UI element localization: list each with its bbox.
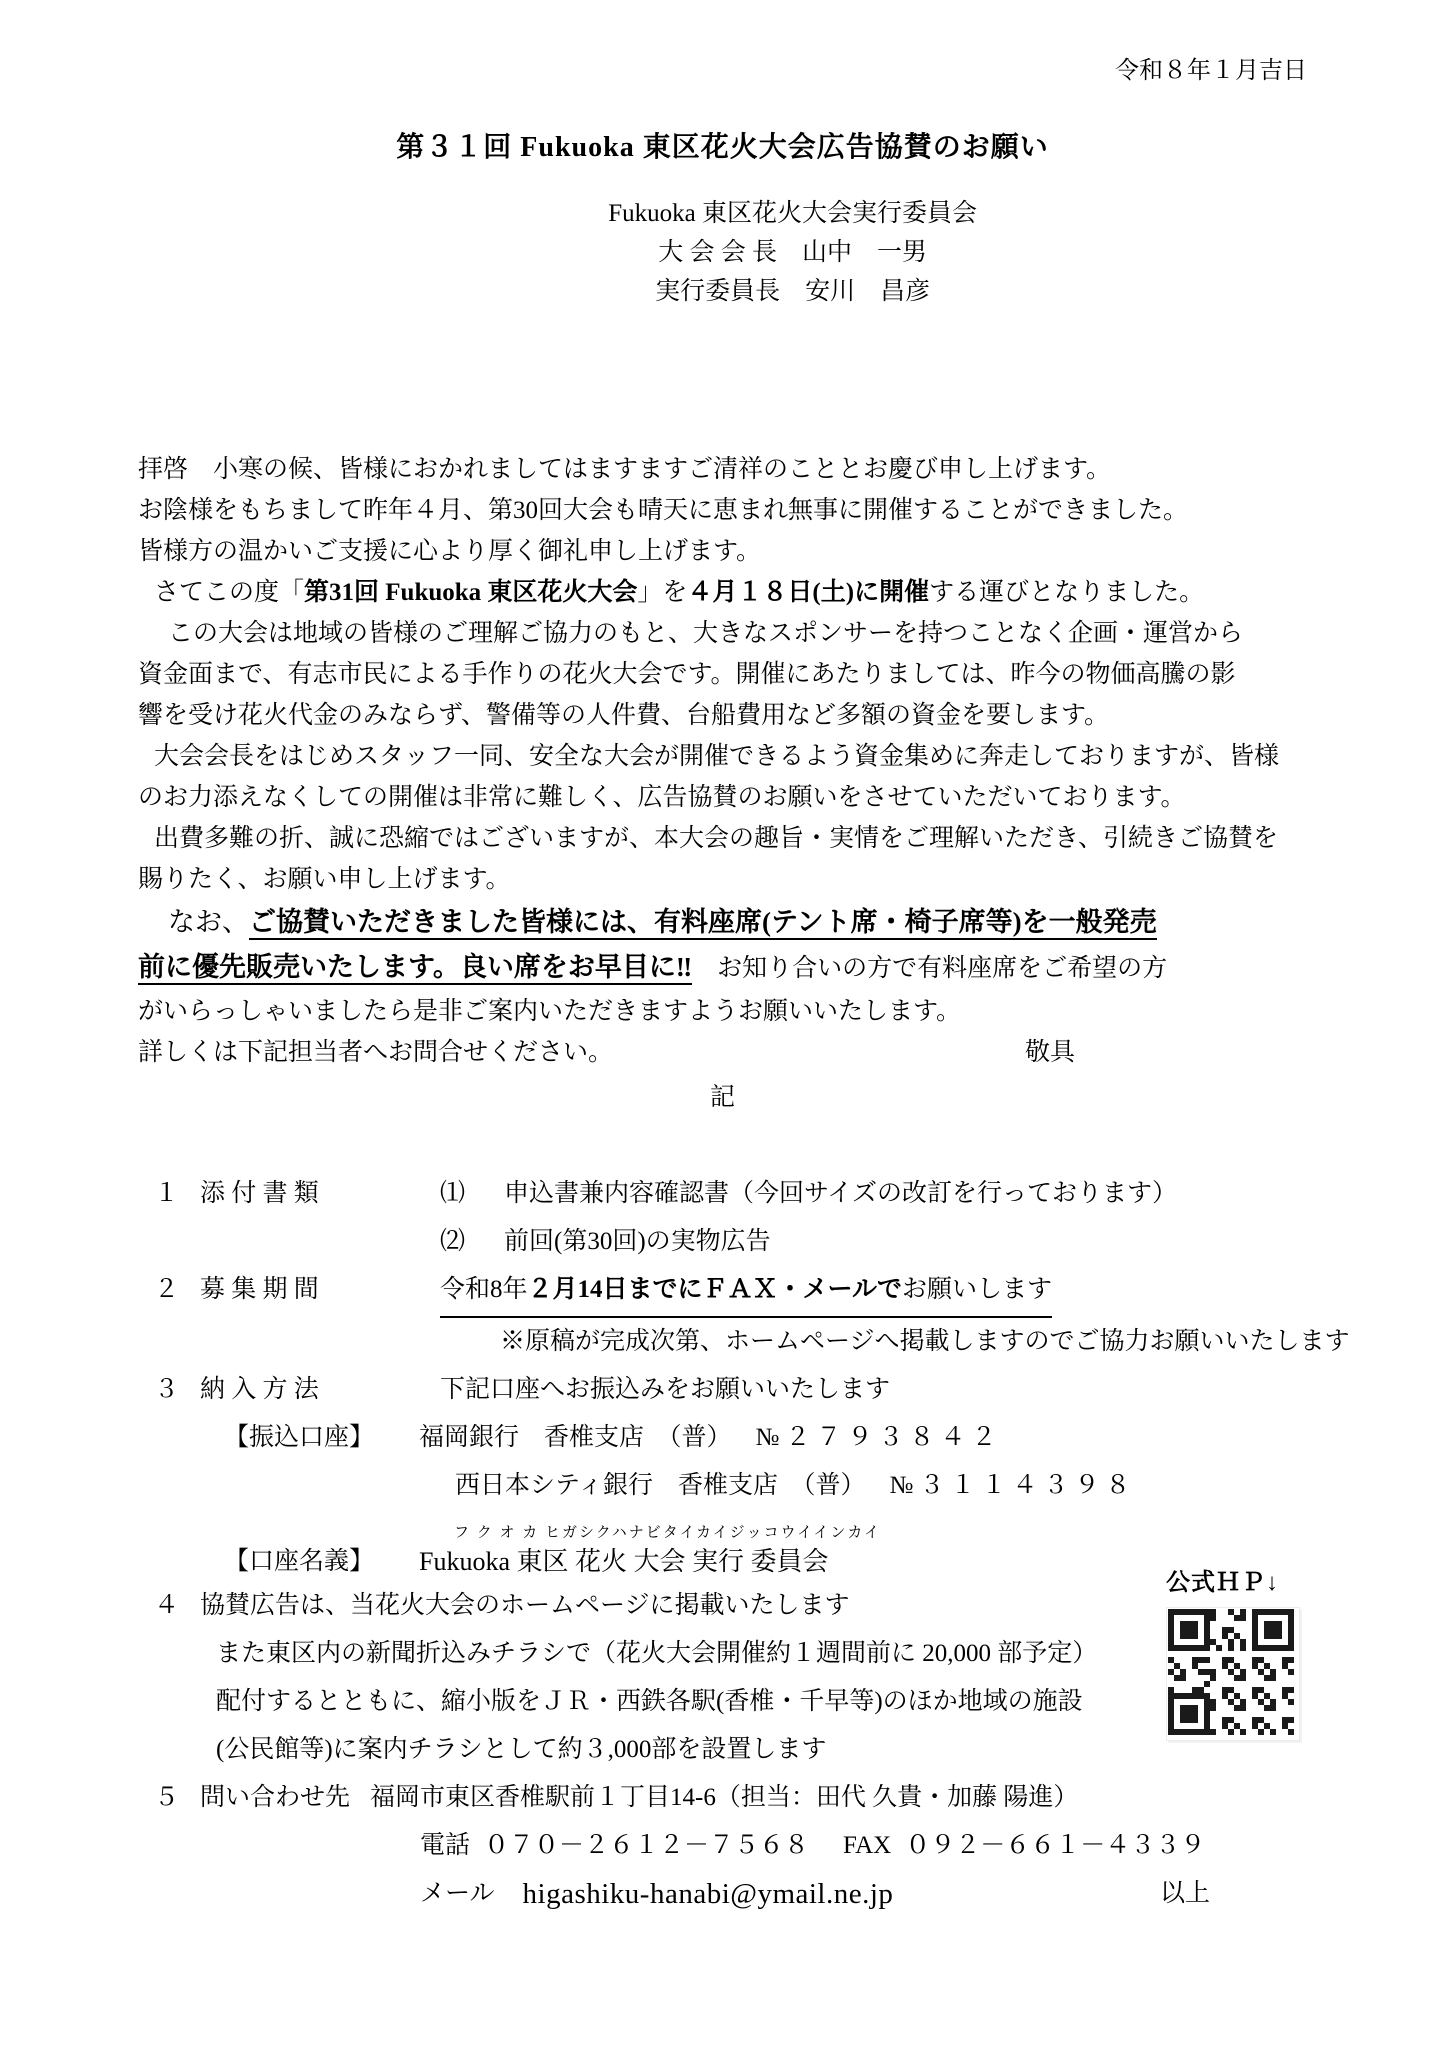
priority-seat-emphasis: 前に優先販売いたします。良い席をお早目に‼ <box>138 952 692 985</box>
publicity-line: 協賛広告は、当花火大会のホームページに掲載いたします <box>200 1582 850 1630</box>
official-hp-block: 公式ＨＰ↓ <box>1166 1562 1312 1741</box>
account-holder-row: 【口座名義】 Fukuoka 東区 花火 大会 実行 委員会 <box>154 1542 1307 1582</box>
body-line: なお、ご協賛いただきました皆様には、有料座席(テント席・椅子席等)を一般発売 <box>138 900 1307 945</box>
email-address: higashiku-hanabi@ymail.ne.jp <box>495 1870 894 1918</box>
item-number: ４ <box>154 1582 200 1630</box>
item-number: １ <box>154 1170 200 1218</box>
bank-2-name: 西日本シティ銀行 香椎支店 （普） <box>455 1462 876 1510</box>
item-label: 添 付 書 類 <box>200 1170 440 1218</box>
record-mark: 記 <box>138 1077 1307 1118</box>
item-label: 募 集 期 間 <box>200 1266 440 1318</box>
details-list: １ 添 付 書 類 ⑴ 申込書兼内容確認書（今回サイズの改訂を行っております） … <box>138 1170 1307 1918</box>
account-holder-name: Fukuoka 東区 花火 大会 実行 委員会 <box>419 1542 829 1582</box>
sender-organization: Fukuoka 東区花火大会実行委員会 <box>608 194 977 233</box>
publicity-line: また東区内の新聞折込みチラシで（花火大会開催約１週間前に 20,000 部予定） <box>154 1630 1307 1678</box>
sub-number: ⑴ <box>440 1170 504 1218</box>
phone-number: ０７０－２６１２－７５６８ <box>470 1822 809 1870</box>
closing-keigu: 敬具 <box>1025 1032 1075 1073</box>
page-title: 第３１回 Fukuoka 東区花火大会広告協賛のお願い <box>138 126 1307 170</box>
body-line: 詳しくは下記担当者へお問合せください。敬具 <box>138 1032 1307 1073</box>
body-text: お知り合いの方で有料座席をご希望の方 <box>692 955 1167 982</box>
deadline-note: ※原稿が完成次第、ホームページへ掲載しますのでご協力お願いいたします <box>154 1318 1307 1366</box>
email-label: メール <box>420 1870 495 1918</box>
sub-number: ⑵ <box>440 1218 504 1266</box>
list-item-deadline: ２ 募 集 期 間 令和8年２月14日までにＦＡＸ・メールでお願いします <box>154 1266 1307 1318</box>
fax-label: FAX <box>809 1822 891 1870</box>
body-line: さてこの度「第31回 Fukuoka 東区花火大会」を４月１８日(土)に開催する… <box>138 572 1307 613</box>
body-text: する運びとなりました。 <box>929 579 1204 606</box>
qr-code-image <box>1168 1609 1294 1735</box>
body-text: 」を <box>637 579 687 606</box>
sender-block: Fukuoka 東区花火大会実行委員会 大 会 会 長 山中 一男 実行委員長 … <box>608 194 977 311</box>
event-date-bold: ４月１８日(土)に開催 <box>687 579 929 606</box>
item-label: 納 入 方 法 <box>200 1366 440 1414</box>
list-item-contact: ５ 問い合わせ先 福岡市東区香椎駅前１丁目14-6（担当：田代 久貴・加藤 陽進… <box>154 1774 1307 1822</box>
body-line: 資金面まで、有志市民による手作りの花火大会です。開催にあたりましては、昨今の物価… <box>138 654 1307 695</box>
bank-account-label: 【振込口座】 <box>224 1414 419 1462</box>
body-line: 大会会長をはじめスタッフ一同、安全な大会が開催できるよう資金集めに奔走しておりま… <box>138 736 1307 777</box>
body-line: お陰様をもちまして昨年４月、第30回大会も晴天に恵まれ無事に開催することができま… <box>138 490 1307 531</box>
item-number: ３ <box>154 1366 200 1414</box>
item-number: ５ <box>154 1774 200 1822</box>
item-number: ２ <box>154 1266 200 1318</box>
account-holder-label: 【口座名義】 <box>224 1542 419 1582</box>
fax-number: ０９２－６６１－４３３９ <box>891 1822 1205 1870</box>
sender-chairman: 大 会 会 長 山中 一男 <box>608 233 977 272</box>
document-page: 令和８年１月吉日 第３１回 Fukuoka 東区花火大会広告協賛のお願い Fuk… <box>0 0 1447 2048</box>
body-line: 前に優先販売いたします。良い席をお早目に‼ お知り合いの方で有料座席をご希望の方 <box>138 945 1307 991</box>
deadline-bold: ２月14日までにＦＡＸ・メールで <box>528 1276 903 1303</box>
body-line: がいらっしゃいましたら是非ご案内いただきますようお願いいたします。 <box>138 991 1307 1032</box>
deadline-underline: 令和8年２月14日までにＦＡＸ・メールでお願いします <box>440 1266 1052 1318</box>
account-furigana: フ ク オ カ ヒガシクハナビタイカイジッコウイインカイ <box>154 1524 1307 1542</box>
attachment-2: 前回(第30回)の実物広告 <box>504 1218 771 1266</box>
official-hp-label: 公式ＨＰ↓ <box>1166 1562 1312 1597</box>
sender-vice-chairman: 実行委員長 安川 昌彦 <box>608 272 977 311</box>
payment-text: 下記口座へお振込みをお願いいたします <box>440 1366 890 1414</box>
attachment-1: 申込書兼内容確認書（今回サイズの改訂を行っております） <box>504 1170 1177 1218</box>
bank-2-number: №３１１４３９８ <box>876 1462 1137 1510</box>
publicity-line: (公民館等)に案内チラシとして約３,000部を設置します <box>154 1726 1307 1774</box>
body-line: 出費多難の折、誠に恐縮ではございますが、本大会の趣旨・実情をご理解いただき、引続… <box>138 818 1307 859</box>
body-text: さてこの度「 <box>154 579 304 606</box>
list-item-attachments-cont: ⑵ 前回(第30回)の実物広告 <box>154 1218 1307 1266</box>
qr-code <box>1166 1607 1300 1741</box>
phone-label: 電話 <box>420 1822 470 1870</box>
list-item-attachments: １ 添 付 書 類 ⑴ 申込書兼内容確認書（今回サイズの改訂を行っております） <box>154 1170 1307 1218</box>
body-line: この大会は地域の皆様のご理解ご協力のもと、大きなスポンサーを持つことなく企画・運… <box>138 613 1307 654</box>
body-line: 賜りたく、お願い申し上げます。 <box>138 859 1307 900</box>
body-line: のお力添えなくしての開催は非常に難しく、広告協賛のお願いをさせていただいておりま… <box>138 777 1307 818</box>
body-text: なお、 <box>168 907 249 937</box>
list-item-publicity: ４ 協賛広告は、当花火大会のホームページに掲載いたします <box>154 1582 1307 1630</box>
contact-phone-row: 電話 ０７０－２６１２－７５６８ FAX ０９２－６６１－４３３９ <box>154 1822 1307 1870</box>
body-line: 拝啓 小寒の候、皆様におかれましてはますますご清祥のこととお慶び申し上げます。 <box>138 449 1307 490</box>
bank-1-number: №２７９３８４２ <box>742 1414 1003 1462</box>
event-name-bold: 第31回 Fukuoka 東区花火大会 <box>304 579 637 606</box>
letter-body: 拝啓 小寒の候、皆様におかれましてはますますご清祥のこととお慶び申し上げます。 … <box>138 449 1307 1118</box>
list-item-payment: ３ 納 入 方 法 下記口座へお振込みをお願いいたします <box>154 1366 1307 1414</box>
bank-account-row: 西日本シティ銀行 香椎支店 （普） №３１１４３９８ <box>154 1462 1307 1510</box>
body-line: 皆様方の温かいご支援に心より厚く御礼申し上げます。 <box>138 531 1307 572</box>
date-line: 令和８年１月吉日 <box>138 56 1307 86</box>
bank-1-name: 福岡銀行 香椎支店 （普） <box>419 1414 742 1462</box>
closing-ijou: 以上 <box>1160 1870 1210 1918</box>
body-line: 響を受け花火代金のみならず、警備等の人件費、台船費用など多額の資金を要します。 <box>138 695 1307 736</box>
item-label: 問い合わせ先 <box>200 1774 370 1822</box>
contact-address: 福岡市東区香椎駅前１丁目14-6（担当：田代 久貴・加藤 陽進） <box>370 1774 1078 1822</box>
publicity-line: 配付するとともに、縮小版をＪＲ・西鉄各駅(香椎・千早等)のほか地域の施設 <box>154 1678 1307 1726</box>
body-text: 詳しくは下記担当者へお問合せください。 <box>138 1032 613 1073</box>
deadline-post: お願いします <box>902 1276 1052 1303</box>
priority-seat-emphasis: ご協賛いただきました皆様には、有料座席(テント席・椅子席等)を一般発売 <box>249 907 1157 940</box>
contact-email-row: メール higashiku-hanabi@ymail.ne.jp 以上 <box>154 1870 1307 1918</box>
bank-account-row: 【振込口座】 福岡銀行 香椎支店 （普） №２７９３８４２ <box>154 1414 1307 1462</box>
deadline-pre: 令和8年 <box>440 1276 528 1303</box>
